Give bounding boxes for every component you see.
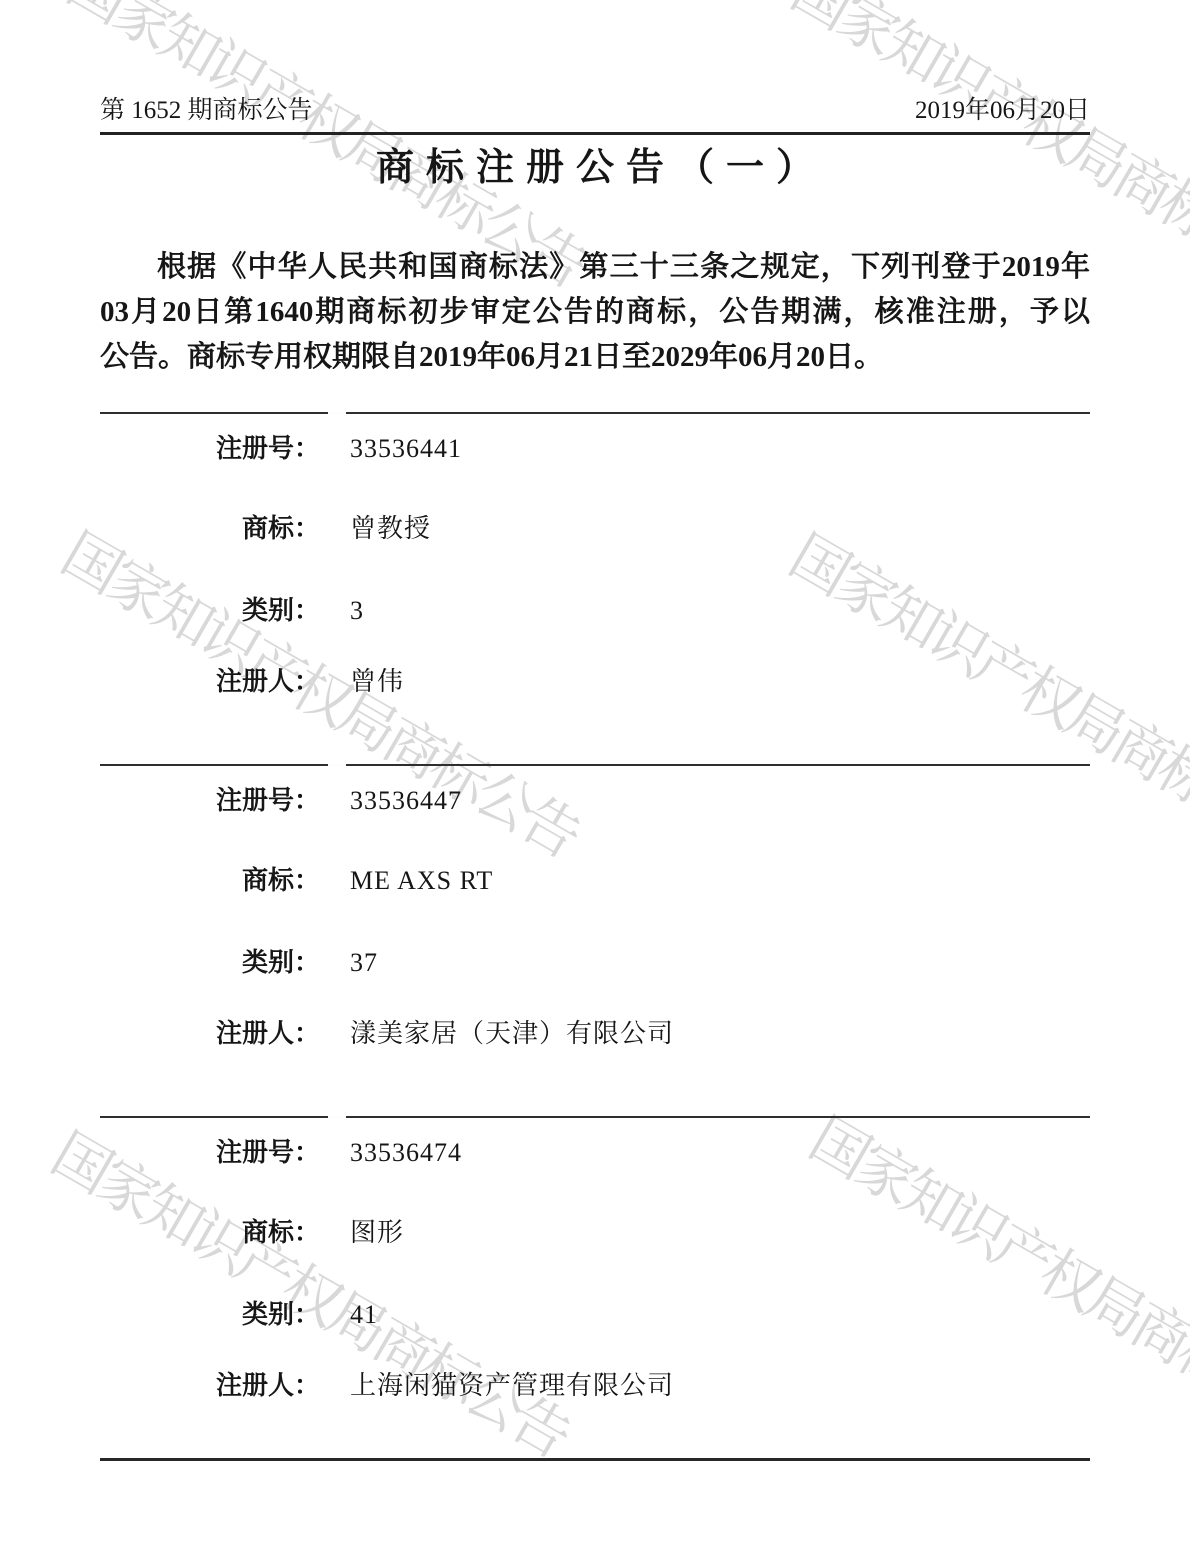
intro-paragraph: 根据《中华人民共和国商标法》第三十三条之规定，下列刊登于2019年 03月20日… <box>100 245 1090 380</box>
field-row-registrant: 注册人： 漾美家居（天津）有限公司 <box>100 1018 1090 1049</box>
field-row-mark: 商标： 图形 <box>100 1217 1090 1248</box>
closing-rule <box>100 1458 1090 1461</box>
intro-line: 03月20日第1640期商标初步审定公告的商标，公告期满，核准注册，予以 <box>100 290 1090 335</box>
field-row-mark: 商标： ME AXS RT <box>100 865 1090 896</box>
intro-line: 根据《中华人民共和国商标法》第三十三条之规定，下列刊登于2019年 <box>100 245 1090 290</box>
field-row-class: 类别： 37 <box>100 947 1090 978</box>
field-label: 注册号： <box>100 433 320 464</box>
class-value: 3 <box>350 595 364 626</box>
field-label: 注册人： <box>100 1018 320 1049</box>
field-row-mark: 商标： 曾教授 <box>100 513 1090 544</box>
field-label: 商标： <box>100 865 320 896</box>
field-row-reg-no: 注册号： 33536447 <box>100 785 1090 816</box>
header-issue-number: 第 1652 期商标公告 <box>100 96 313 126</box>
field-label: 注册人： <box>100 1370 320 1401</box>
page-title: 商标注册公告（一） <box>0 147 1190 189</box>
field-row-reg-no: 注册号： 33536441 <box>100 433 1090 464</box>
field-row-class: 类别： 41 <box>100 1299 1090 1330</box>
mark-value: 图形 <box>350 1217 404 1248</box>
header-rule <box>100 132 1090 135</box>
field-label: 注册人： <box>100 666 320 697</box>
field-label: 注册号： <box>100 1137 320 1168</box>
registrant-value: 曾伟 <box>350 666 404 697</box>
gazette-page: 国家知识产权局商标公告 国家知识产权局商标公告 国家知识产权局商标公告 国家知识… <box>0 0 1190 1564</box>
section-divider <box>100 764 1090 766</box>
page-header: 第 1652 期商标公告 2019年06月20日 <box>100 96 1090 126</box>
field-label: 类别： <box>100 1299 320 1330</box>
registrant-value: 漾美家居（天津）有限公司 <box>350 1018 674 1049</box>
field-row-reg-no: 注册号： 33536474 <box>100 1137 1090 1168</box>
section-divider <box>100 1116 1090 1118</box>
reg-no-value: 33536447 <box>350 785 462 816</box>
mark-value: ME AXS RT <box>350 865 493 896</box>
content-layer: 第 1652 期商标公告 2019年06月20日 商标注册公告（一） 根据《中华… <box>0 0 1190 1564</box>
field-label: 商标： <box>100 1217 320 1248</box>
mark-value: 曾教授 <box>350 513 431 544</box>
field-row-class: 类别： 3 <box>100 595 1090 626</box>
field-label: 商标： <box>100 513 320 544</box>
class-value: 41 <box>350 1299 378 1330</box>
field-label: 注册号： <box>100 785 320 816</box>
reg-no-value: 33536441 <box>350 433 462 464</box>
reg-no-value: 33536474 <box>350 1137 462 1168</box>
intro-line: 公告。商标专用权期限自2019年06月21日至2029年06月20日。 <box>100 335 1090 380</box>
field-row-registrant: 注册人： 上海闲猫资产管理有限公司 <box>100 1370 1090 1401</box>
field-label: 类别： <box>100 947 320 978</box>
registrant-value: 上海闲猫资产管理有限公司 <box>350 1370 674 1401</box>
field-row-registrant: 注册人： 曾伟 <box>100 666 1090 697</box>
field-label: 类别： <box>100 595 320 626</box>
class-value: 37 <box>350 947 378 978</box>
header-date: 2019年06月20日 <box>915 96 1090 126</box>
section-divider <box>100 412 1090 414</box>
